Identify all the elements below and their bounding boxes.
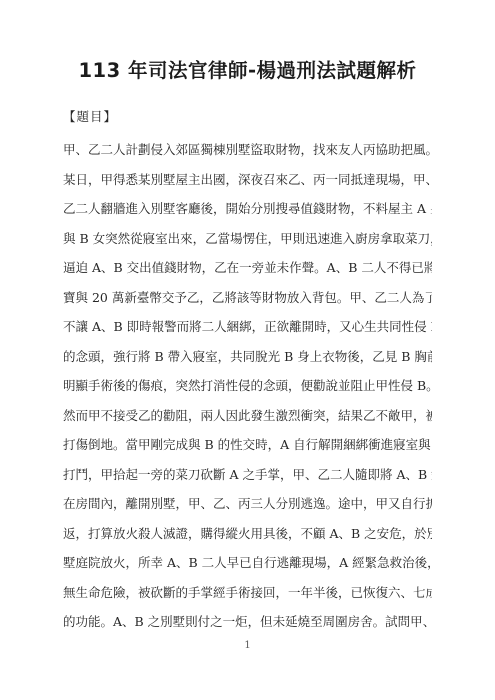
paragraph-line: 某日，甲得悉某別墅屋主出國，深夜召來乙、丙一同抵達現場，甲、 [63,165,432,195]
section-label-question: 【題目】 [63,105,432,129]
document-page: 113 年司法官律師-楊過刑法試題解析 【題目】 甲、乙二人計劃侵入郊區獨棟別墅… [0,0,495,700]
paragraph-line: 與 B 女突然從寢室出來，乙當場愣住，甲則迅速進入廚房拿取菜刀， [63,224,432,254]
document-title: 113 年司法官律師-楊過刑法試題解析 [63,0,432,84]
paragraph-line: 無生命危險，被砍斷的手掌經手術接回，一年半後，已恢復六、七成 [63,578,432,608]
paragraph-line: 墅庭院放火，所幸 A、B 二人早已自行逃離現場，A 經緊急救治後，並 [63,548,432,578]
paragraph-line: 的功能。A、B 之別墅則付之一炬，但未延燒至周圍房舍。試問甲、乙、 [63,607,432,637]
paragraph-line: 然而甲不接受乙的勸阻，兩人因此發生激烈衝突，結果乙不敵甲，被 [63,401,432,431]
paragraph-line: 寶與 20 萬新臺幣交予乙，乙將該等財物放入背包。甲、乙二人為了 [63,283,432,313]
paragraph-line: 甲、乙二人計劃侵入郊區獨棟別墅盜取財物，找來友人丙協助把風。 [63,135,432,165]
paragraph-line: 的念頭，強行將 B 帶入寢室，共同脫光 B 身上衣物後，乙見 B 胸前有 [63,342,432,372]
paragraph-line: 打鬥，甲拾起一旁的菜刀砍斷 A 之手掌，甲、乙二人隨即將 A、B 鎖 [63,460,432,490]
question-paragraph: 甲、乙二人計劃侵入郊區獨棟別墅盜取財物，找來友人丙協助把風。某日，甲得悉某別墅屋… [63,135,432,637]
paragraph-line: 在房間內，離開別墅，甲、乙、丙三人分別逃逸。途中，甲又自行折 [63,489,432,519]
paragraph-line: 逼迫 A、B 交出值錢財物，乙在一旁並未作聲。A、B 二人不得已將珠 [63,253,432,283]
paragraph-line: 返，打算放火殺人滅證，購得縱火用具後，不顧 A、B 之安危，於別 [63,519,432,549]
paragraph-line: 打傷倒地。當甲剛完成與 B 的性交時，A 自行解開綑綁衝進寢室與甲 [63,430,432,460]
paragraph-line: 明顯手術後的傷痕，突然打消性侵的念頭，便勸說並阻止甲性侵 B。 [63,371,432,401]
page-number: 1 [63,638,432,654]
paragraph-line: 乙二人翻牆進入別墅客廳後，開始分別搜尋值錢財物，不料屋主 A 男 [63,194,432,224]
paragraph-line: 不讓 A、B 即時報警而將二人綑綁，正欲離開時，又心生共同性侵 B [63,312,432,342]
